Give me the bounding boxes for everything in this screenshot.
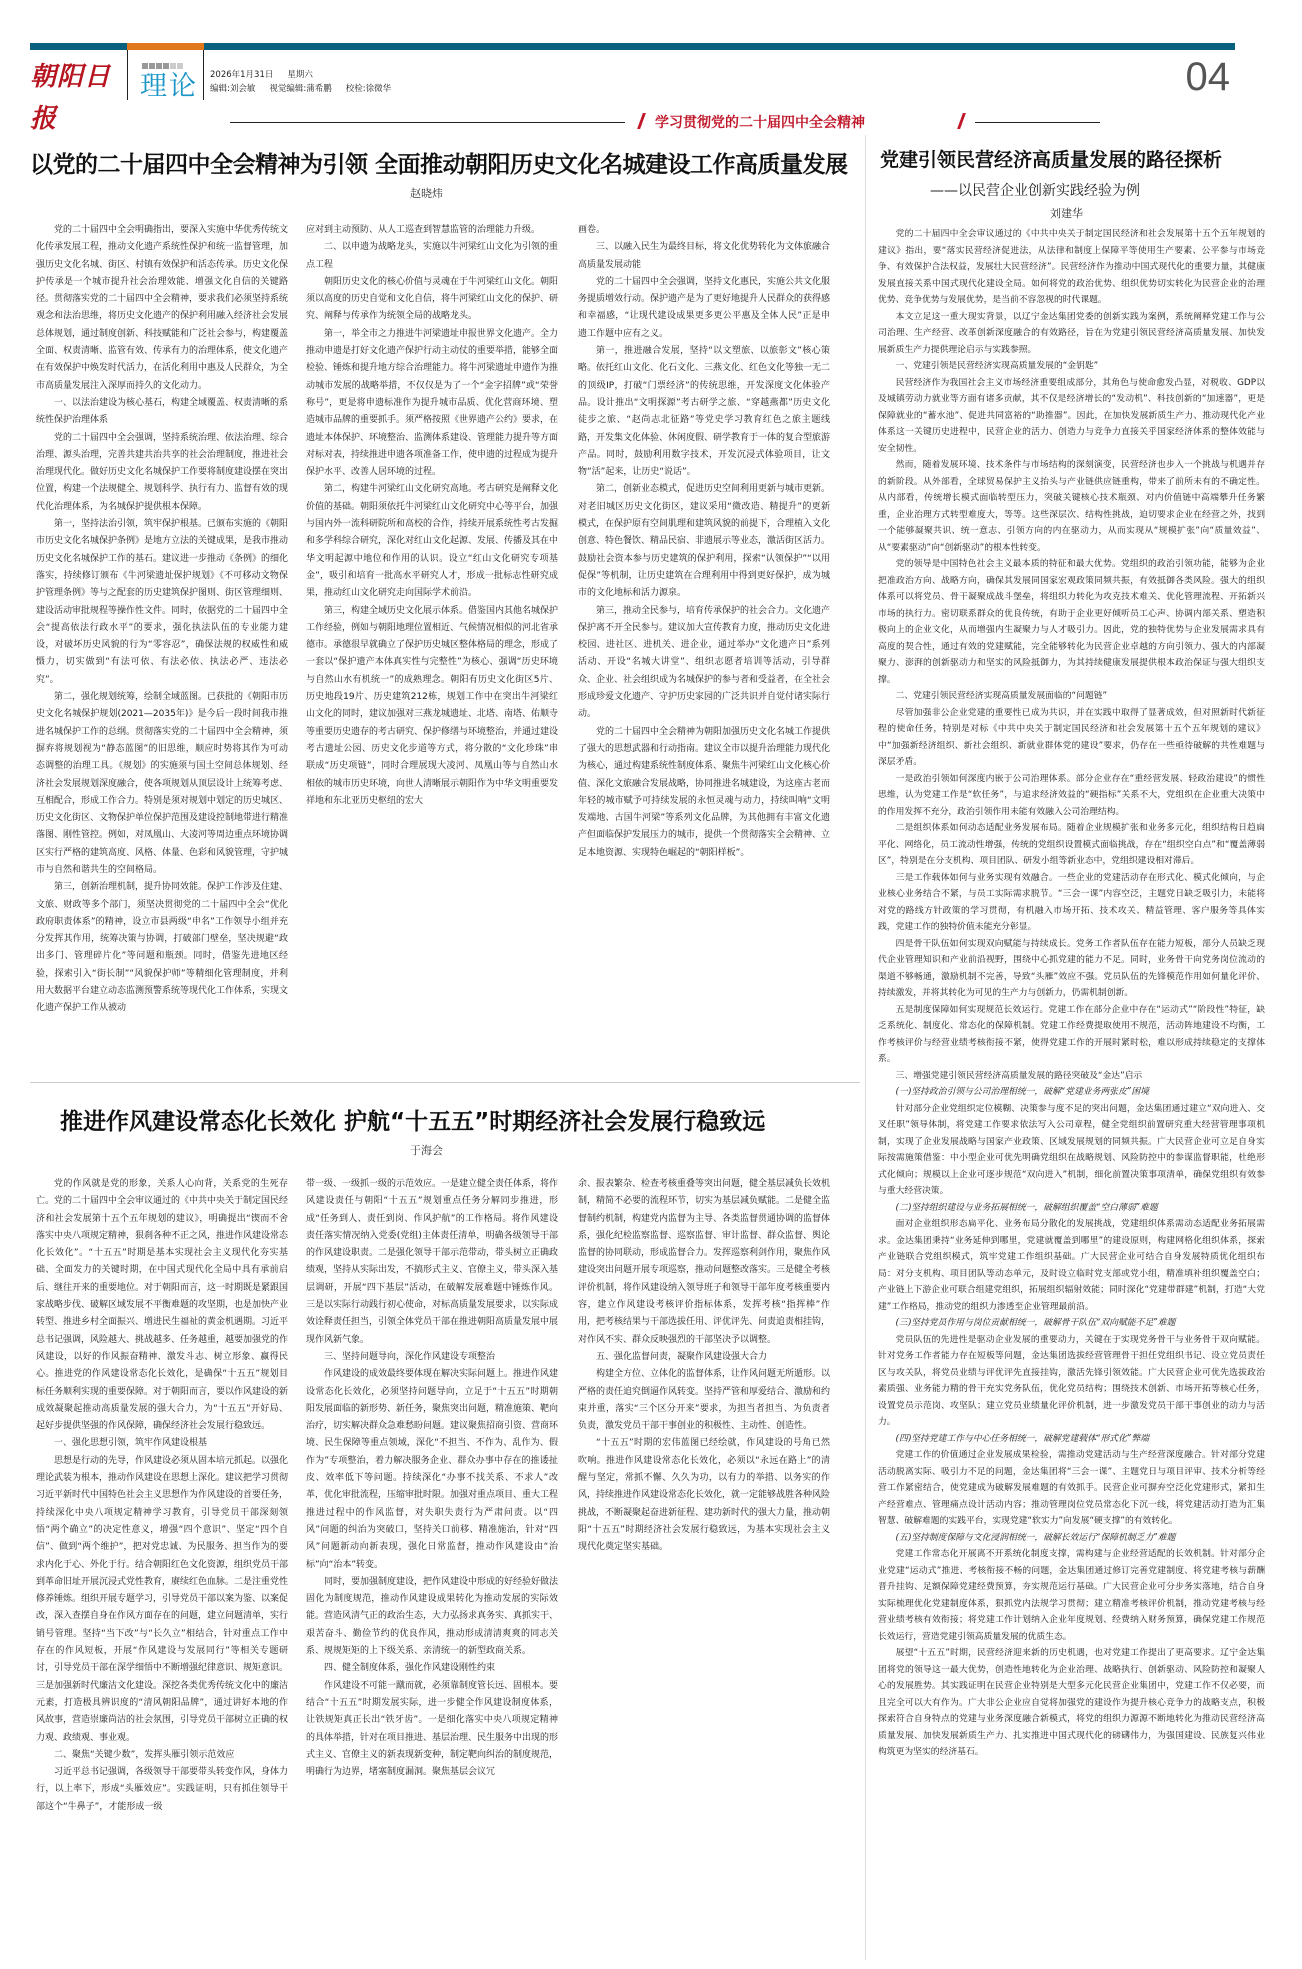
section-heading: 二、聚焦“关键少数”，发挥头雁引领示范效应 [36,1747,288,1764]
column-divider [865,135,866,1960]
article1-column-2: 应对到主动预防、从人工巡查到智慧监管的治理能力升级。二、以申遗为战略龙头，实施以… [306,222,558,1077]
paragraph: 党的二十届四中全会审议通过的《中共中央关于制定国民经济和社会发展第十五个五年规划… [878,226,1265,309]
paragraph: 然而，随着发展环境、技术条件与市场结构的深刻演变，民营经济也步入一个挑战与机遇并… [878,457,1265,556]
paragraph: 习近平总书记强调，各级领导干部要带头转变作风，身体力行，以上率下，形成“头雁效应… [36,1764,288,1816]
article3-column-1: 党的作风就是党的形象，关系人心向背，关系党的生死存亡。党的二十届四中全会审议通过… [36,1176,288,1936]
section-heading: 三、坚持问题导向，深化作风建设专项整治 [306,1349,558,1366]
article1-title: 以党的二十届四中全会精神为引领 全面推动朝阳历史文化名城建设工作高质量发展 [30,146,848,179]
slash-icon [957,113,966,129]
paragraph: 党的二十届四中全会精神为朝阳加强历史文化名城工作提供了强大的思想武器和行动指南。… [578,724,830,862]
section-heading: 一、强化思想引领，筑牢作风建设根基 [36,1435,288,1452]
paragraph: 四是骨干队伍如何实现双向赋能与持续成长。党务工作者队伍存在能力短板，部分人员缺乏… [878,936,1265,1002]
topic-banner: 学习贯彻党的二十届四中全会精神 [230,112,930,132]
paragraph: 五是制度保障如何实现规范长效运行。党建工作在部分企业中存在“运动式”“阶段性”特… [878,1002,1265,1068]
paragraph: 展望“十五五”时期，民营经济迎来新的历史机遇，也对党建工作提出了更高要求。辽宁金… [878,1645,1265,1761]
paragraph: 第一，推进融合发展，坚持“以文塑旅、以旅彰文”核心策略。依托红山文化、化石文化、… [578,343,830,481]
article2-title: 党建引领民营经济高质量发展的路径探析 [880,145,1222,172]
paragraph: 第二，强化规划统筹，绘制全域蓝图。已获批的《朝阳市历史文化名城保护规划(2021… [36,689,288,879]
subsection-heading: (二)坚持组织建设与业务拓展相统一，破解组织覆盖“空白薄弱”难题 [878,1200,1265,1217]
banner-text: 学习贯彻党的二十届四中全会精神 [655,112,865,132]
article3-title: 推进作风建设常态化长效化 护航“十五五”时期经济社会发展行稳致远 [60,1103,765,1136]
article3-column-3: 余、报表繁杂、检查考核重叠等突出问题，健全基层减负长效机制，精简不必要的流程环节… [578,1176,830,1936]
subsection-heading: (三)坚持党员作用与岗位贡献相统一，破解骨干队伍“双向赋能不足”难题 [878,1315,1265,1332]
paragraph: 余、报表繁杂、检查考核重叠等突出问题，健全基层减负长效机制，精简不必要的流程环节… [578,1176,830,1349]
subsection-heading: (四)坚持党建工作与中心任务相统一，破解党建载体“形式化”弊端 [878,1431,1265,1448]
paragraph: 党的作风就是党的形象，关系人心向背，关系党的生死存亡。党的二十届四中全会审议通过… [36,1176,288,1435]
paragraph: 第三，推动全民参与，培育传承保护的社会合力。文化遗产保护离不开全民参与。建议加大… [578,603,830,724]
editor: 编辑:刘会敏 [210,84,255,94]
paragraph: 画卷。 [578,222,830,239]
paragraph: 朝阳历史文化的核心价值与灵魂在于牛河梁红山文化。朝阳须以高度的历史自觉和文化自信… [306,274,558,326]
paragraph: 第三，构建全域历史文化展示体系。借鉴国内其他名城保护工作经验，例如与朝阳地理位置… [306,603,558,811]
banner-rule [230,122,625,123]
paragraph: 党建工作的价值通过企业发展成果检验，需推动党建活动与生产经营深度融合。针对部分党… [878,1447,1265,1530]
subsection-heading: (一)坚持政治引领与公司治理相统一，破解“党建业务两张皮”困境 [878,1084,1265,1101]
section-heading: 二、以申遗为战略龙头，实施以牛河梁红山文化为引领的重点工程 [306,239,558,274]
paragraph: 带一级、一级抓一级的示范效应。一是建立健全责任体系，将作风建设责任与朝阳“十五五… [306,1176,558,1349]
divider [127,50,128,100]
subsection-heading: (五)坚持制度保障与文化浸润相统一，破解长效运行“保障机制乏力”难题 [878,1530,1265,1547]
article2-subtitle: ——以民营企业创新实践经验为例 [930,180,1140,200]
paragraph: 作风建设的成效最终要体现在解决实际问题上。推进作风建设常态化长效化，必须坚持问题… [306,1366,558,1574]
masthead: 朝阳日报 理论 2026年1月31日星期六 编辑:刘会敏视觉编辑:蒲希鹏校检:徐… [30,50,1235,100]
article1-column-1: 党的二十届四中全会明确指出，要深入实施中华优秀传统文化传承发展工程，推动文化遗产… [36,222,288,1077]
paragraph: 党员队伍的先进性是驱动企业发展的重要动力，关键在于实现党务骨干与业务骨干双向赋能… [878,1332,1265,1431]
paragraph: 针对部分企业党组织定位模糊、决策参与度不足的突出问题，金达集团通过建立“双向进入… [878,1101,1265,1200]
article1-column-3: 画卷。三、以融入民生为最终目标，将文化优势转化为文体旅融合高质量发展动能党的二十… [578,222,830,1077]
visual-editor: 视觉编辑:蒲希鹏 [269,84,331,94]
section-heading: 三、增强党建引领民营经济高质量发展的路径突破及“金达”启示 [878,1068,1265,1085]
paragraph: “十五五”时期的宏伟蓝图已经绘就，作风建设的号角已然吹响。推进作风建设常态化长效… [578,1435,830,1556]
paragraph: 第二，创新业态模式，促进历史空间利用更新与城市更新。对老旧城区历史文化街区，建议… [578,481,830,602]
issue-date: 2026年1月31日 [210,70,273,80]
section-accent-bar [127,43,204,50]
paragraph: 一是政治引领如何深度内嵌于公司治理体系。部分企业存在“重经营发展、轻政治建设”的… [878,771,1265,821]
section-heading: 五、强化监督问责，凝聚作风建设强大合力 [578,1349,830,1366]
section-heading: 四、健全制度体系，强化作风建设刚性约束 [306,1660,558,1677]
section-heading: 一、以法治建设为核心基石，构建全域覆盖、权责清晰的系统性保护治理体系 [36,395,288,430]
proofreader: 校检:徐微华 [346,84,391,94]
divider [203,50,204,100]
paragraph: 第三，创新治理机制，提升协同效能。保护工作涉及住建、文旅、财政等多个部门，须坚决… [36,879,288,1017]
paragraph: 二是组织体系如何动态适配业务发展布局。随着企业规模扩张和业务多元化，组织结构日趋… [878,820,1265,870]
issue-weekday: 星期六 [287,70,313,80]
paragraph: 三是工作载体如何与业务实现有效融合。一些企业的党建活动存在形式化、模式化倾向，与… [878,870,1265,936]
section-heading: 一、党建引领是民营经济实现高质量发展的“金钥匙” [878,358,1265,375]
section-name: 理论 [140,64,198,103]
banner-rule [975,122,1100,123]
paragraph: 第一，坚持法治引领，筑牢保护根基。已颁布实施的《朝阳市历史文化名城保护条例》是地… [36,516,288,689]
issue-meta: 2026年1月31日星期六 编辑:刘会敏视觉编辑:蒲希鹏校检:徐微华 [210,68,405,96]
section-heading: 二、党建引领民营经济实现高质量发展面临的“问题链” [878,688,1265,705]
paragraph: 民营经济作为我国社会主义市场经济重要组成部分，其角色与使命愈发凸显，对税收、GD… [878,375,1265,458]
paragraph: 第二，构建牛河梁红山文化研究高地。考古研究是阐释文化价值的基础。朝阳须依托牛河梁… [306,481,558,602]
article2-body: 党的二十届四中全会审议通过的《中共中央关于制定国民经济和社会发展第十五个五年规划… [878,226,1265,1956]
paragraph: 构建全方位、立体化的监督体系，让作风问题无所遁形。以严格的责任追究倒逼作风转变。… [578,1366,830,1435]
article3-author: 于海会 [410,1142,443,1158]
article-divider [30,1082,860,1083]
paragraph: 尽管加强非公企业党建的重要性已成为共识，并在实践中取得了显著成效，但对照新时代新… [878,705,1265,771]
article1-author: 赵晓炜 [410,185,443,201]
paragraph: 面对企业组织形态扁平化、业务布局分散化的发展挑战，党建组织体系需动态适配业务拓展… [878,1216,1265,1315]
top-color-bar [30,43,1235,50]
section-heading: 三、以融入民生为最终目标，将文化优势转化为文体旅融合高质量发展动能 [578,239,830,274]
article2-author: 刘建华 [1050,205,1083,221]
paragraph: 党的二十届四中全会强调，坚持文化惠民，实施公共文化服务提质增效行动。保护遗产是为… [578,274,830,343]
paragraph: 应对到主动预防、从人工巡查到智慧监管的治理能力升级。 [306,222,558,239]
paragraph: 党建工作常态化开展离不开系统化制度支撑，需构建与企业经营适配的长效机制。针对部分… [878,1546,1265,1645]
paragraph: 党的领导是中国特色社会主义最本质的特征和最大优势。党组织的政治引领功能，能够为企… [878,556,1265,688]
article3-column-2: 带一级、一级抓一级的示范效应。一是建立健全责任体系，将作风建设责任与朝阳“十五五… [306,1176,558,1936]
paragraph: 思想是行动的先导，作风建设必须从固本培元抓起。以强化理论武装为根本，推动作风建设… [36,1453,288,1747]
newspaper-logo: 朝阳日报 [30,56,125,98]
paragraph: 本文立足这一重大现实背景，以辽宁金达集团党委的创新实践为案例，系统阐释党建工作与… [878,309,1265,359]
slash-icon [637,113,646,129]
paragraph: 同时，要加强制度建设，把作风建设中形成的好经验好做法固化为制度规范，推动作风建设… [306,1574,558,1660]
paragraph: 作风建设不可能一蹴而就，必须靠制度管长远、固根本。要结合“十五五”时期发展实际，… [306,1678,558,1782]
page-number: 04 [1186,55,1231,100]
paragraph: 党的二十届四中全会强调，坚持系统治理、依法治理、综合治理、源头治理，完善共建共治… [36,430,288,516]
paragraph: 第一，举全市之力推进牛河梁遗址申报世界文化遗产。全力推动申遗是打好文化遗产保护行… [306,326,558,482]
paragraph: 党的二十届四中全会明确指出，要深入实施中华优秀传统文化传承发展工程，推动文化遗产… [36,222,288,395]
